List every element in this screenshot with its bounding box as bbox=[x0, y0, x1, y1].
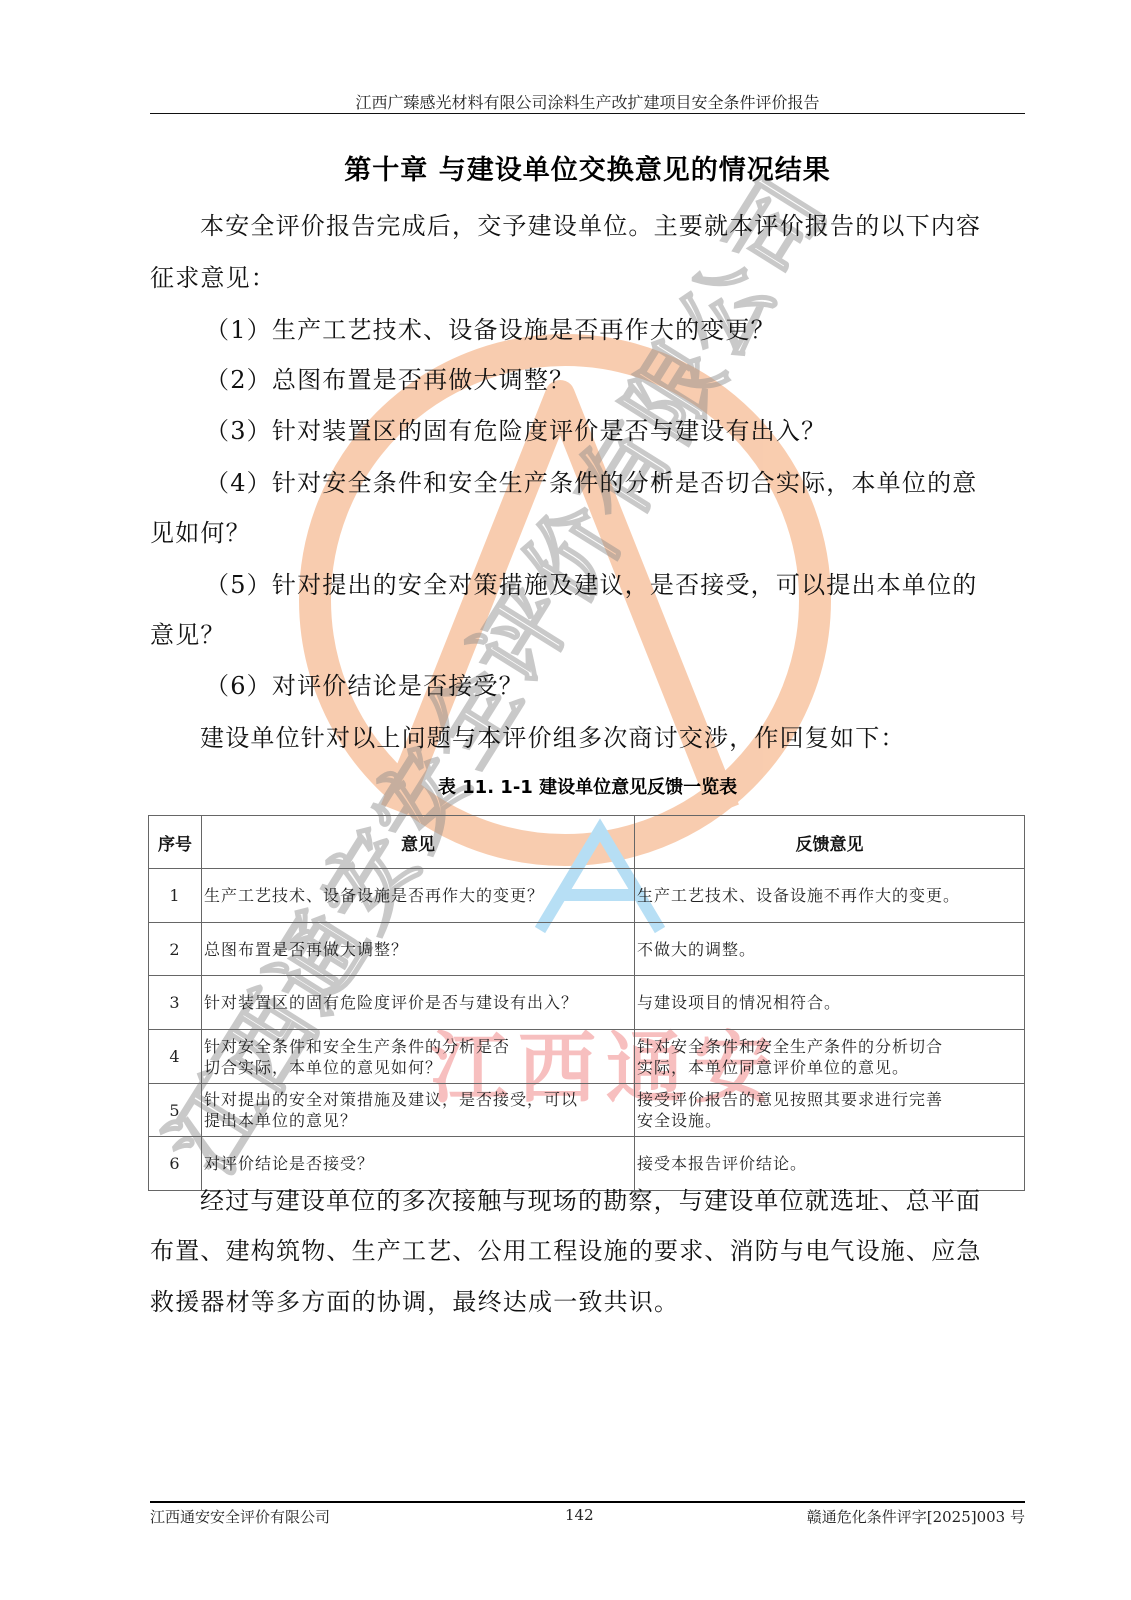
table-row: 2 总图布置是否再做大调整？ 不做大的调整。 bbox=[149, 923, 1025, 976]
feedback-line-1: 针对安全条件和安全生产条件的分析切合 bbox=[637, 1036, 1022, 1057]
reply-intro: 建设单位针对以上问题与本评价组多次商讨交涉，作回复如下： bbox=[200, 718, 906, 753]
question-item-5-line-2: 意见？ bbox=[150, 615, 226, 650]
row-number: 4 bbox=[149, 1030, 202, 1084]
row-opinion: 针对安全条件和安全生产条件的分析是否 切合实际，本单位的意见如何？ bbox=[202, 1030, 635, 1084]
feedback-line-1: 接受评价报告的意见按照其要求进行完善 bbox=[637, 1089, 1022, 1110]
conclusion-line-1: 经过与建设单位的多次接触与现场的勘察，与建设单位就选址、总平面 bbox=[200, 1181, 981, 1216]
question-item-6: （6）对评价结论是否接受？ bbox=[205, 666, 524, 701]
footer-doc-number: 赣通危化条件评字[2025]003 号 bbox=[807, 1506, 1025, 1527]
column-header-number: 序号 bbox=[149, 816, 202, 869]
row-number: 5 bbox=[149, 1084, 202, 1137]
question-item-1: （1）生产工艺技术、设备设施是否再作大的变更？ bbox=[205, 310, 776, 345]
feedback-table: 序号 意见 反馈意见 1 生产工艺技术、设备设施是否再作大的变更？ 生产工艺技术… bbox=[148, 815, 1025, 1191]
row-opinion: 生产工艺技术、设备设施是否再作大的变更？ bbox=[202, 869, 635, 923]
question-item-4-line-2: 见如何？ bbox=[150, 513, 251, 548]
intro-paragraph-line-2: 征求意见： bbox=[150, 258, 276, 293]
table-caption: 表 11. 1-1 建设单位意见反馈一览表 bbox=[150, 773, 1025, 799]
table-row: 4 针对安全条件和安全生产条件的分析是否 切合实际，本单位的意见如何？ 针对安全… bbox=[149, 1030, 1025, 1084]
question-item-3: （3）针对装置区的固有危险度评价是否与建设有出入？ bbox=[205, 411, 826, 446]
footer-company: 江西通安安全评价有限公司 bbox=[150, 1506, 330, 1527]
row-feedback: 生产工艺技术、设备设施不再作大的变更。 bbox=[635, 869, 1025, 923]
opinion-line-2: 切合实际，本单位的意见如何？ bbox=[204, 1057, 632, 1078]
running-header: 江西广臻感光材料有限公司涂料生产改扩建项目安全条件评价报告 bbox=[150, 90, 1025, 113]
intro-paragraph-line-1: 本安全评价报告完成后，交予建设单位。主要就本评价报告的以下内容 bbox=[200, 206, 981, 241]
row-feedback: 不做大的调整。 bbox=[635, 923, 1025, 976]
opinion-line-2: 提出本单位的意见？ bbox=[204, 1110, 632, 1131]
row-number: 2 bbox=[149, 923, 202, 976]
row-feedback: 针对安全条件和安全生产条件的分析切合 实际，本单位同意评价单位的意见。 bbox=[635, 1030, 1025, 1084]
opinion-line-1: 针对提出的安全对策措施及建议，是否接受，可以 bbox=[204, 1089, 632, 1110]
table-row: 3 针对装置区的固有危险度评价是否与建设有出入？ 与建设项目的情况相符合。 bbox=[149, 976, 1025, 1030]
table-header-row: 序号 意见 反馈意见 bbox=[149, 816, 1025, 869]
row-number: 6 bbox=[149, 1137, 202, 1191]
chapter-title: 第十章 与建设单位交换意见的情况结果 bbox=[150, 148, 1025, 187]
feedback-line-2: 安全设施。 bbox=[637, 1110, 1022, 1131]
row-opinion: 针对装置区的固有危险度评价是否与建设有出入？ bbox=[202, 976, 635, 1030]
row-opinion: 针对提出的安全对策措施及建议，是否接受，可以 提出本单位的意见？ bbox=[202, 1084, 635, 1137]
question-item-2: （2）总图布置是否再做大调整？ bbox=[205, 360, 574, 395]
conclusion-line-3: 救援器材等多方面的协调，最终达成一致共识。 bbox=[150, 1282, 679, 1317]
column-header-feedback: 反馈意见 bbox=[635, 816, 1025, 869]
feedback-line-2: 实际，本单位同意评价单位的意见。 bbox=[637, 1057, 1022, 1078]
row-opinion: 总图布置是否再做大调整？ bbox=[202, 923, 635, 976]
conclusion-line-2: 布置、建构筑物、生产工艺、公用工程设施的要求、消防与电气设施、应急 bbox=[150, 1231, 982, 1266]
column-header-opinion: 意见 bbox=[202, 816, 635, 869]
question-item-5-line-1: （5）针对提出的安全对策措施及建议，是否接受，可以提出本单位的 bbox=[205, 565, 977, 600]
table-row: 1 生产工艺技术、设备设施是否再作大的变更？ 生产工艺技术、设备设施不再作大的变… bbox=[149, 869, 1025, 923]
opinion-line-1: 针对安全条件和安全生产条件的分析是否 bbox=[204, 1036, 632, 1057]
row-feedback: 与建设项目的情况相符合。 bbox=[635, 976, 1025, 1030]
row-number: 3 bbox=[149, 976, 202, 1030]
table-row: 5 针对提出的安全对策措施及建议，是否接受，可以 提出本单位的意见？ 接受评价报… bbox=[149, 1084, 1025, 1137]
document-page: 江西广臻感光材料有限公司涂料生产改扩建项目安全条件评价报告 第十章 与建设单位交… bbox=[0, 0, 1131, 1600]
header-divider bbox=[150, 113, 1025, 114]
row-number: 1 bbox=[149, 869, 202, 923]
page-number: 142 bbox=[565, 1506, 594, 1524]
row-feedback: 接受评价报告的意见按照其要求进行完善 安全设施。 bbox=[635, 1084, 1025, 1137]
footer-divider bbox=[150, 1501, 1025, 1503]
question-item-4-line-1: （4）针对安全条件和安全生产条件的分析是否切合实际，本单位的意 bbox=[205, 463, 977, 498]
